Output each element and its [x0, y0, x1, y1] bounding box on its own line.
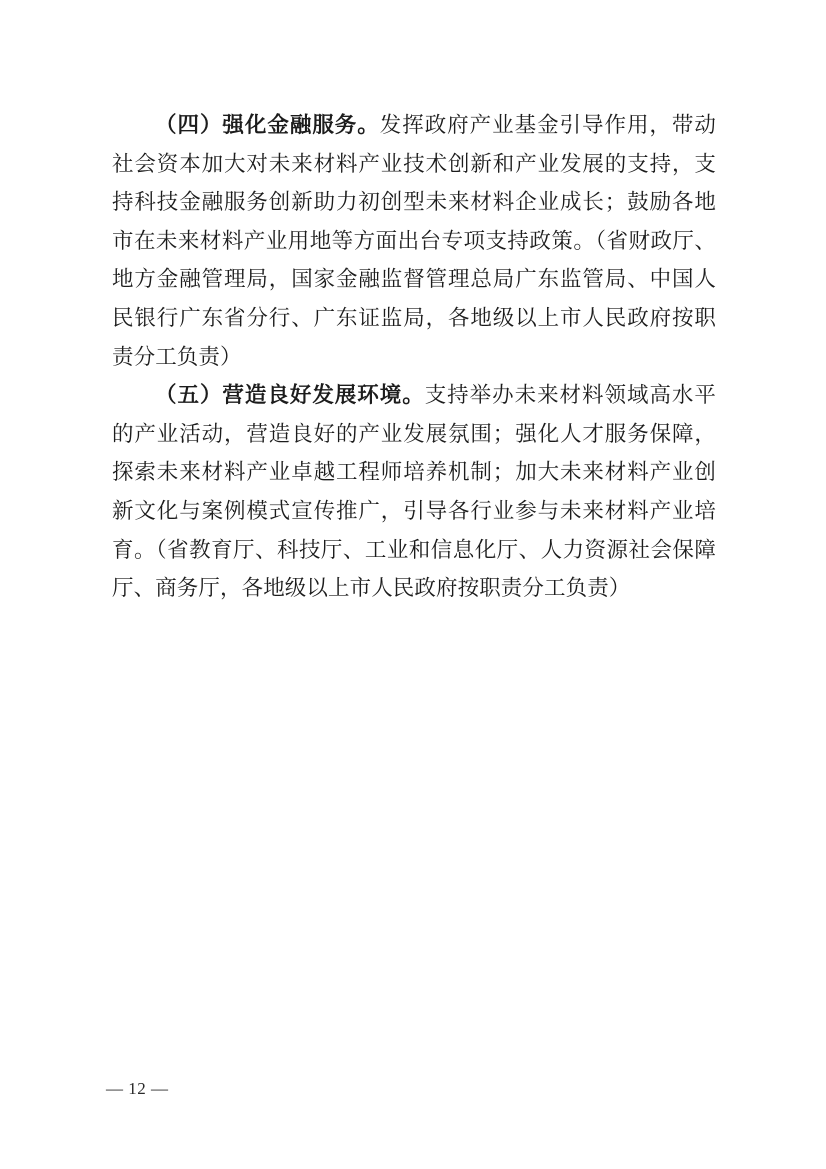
- document-body: （四）强化金融服务。发挥政府产业基金引导作用，带动社会资本加大对未来材料产业技术…: [112, 106, 716, 608]
- paragraph-heading: （五）营造良好发展环境。: [155, 383, 425, 407]
- page-number: — 12 —: [106, 1079, 169, 1099]
- paragraph-text: 发挥政府产业基金引导作用，带动社会资本加大对未来材料产业技术创新和产业发展的支持…: [112, 113, 716, 369]
- paragraph-text: 支持举办未来材料领域高水平的产业活动，营造良好的产业发展氛围；强化人才服务保障，…: [112, 383, 716, 600]
- paragraph-heading: （四）强化金融服务。: [155, 113, 380, 137]
- paragraph-section-5: （五）营造良好发展环境。支持举办未来材料领域高水平的产业活动，营造良好的产业发展…: [112, 376, 716, 608]
- paragraph-section-4: （四）强化金融服务。发挥政府产业基金引导作用，带动社会资本加大对未来材料产业技术…: [112, 106, 716, 376]
- document-page: （四）强化金融服务。发挥政府产业基金引导作用，带动社会资本加大对未来材料产业技术…: [0, 0, 826, 1169]
